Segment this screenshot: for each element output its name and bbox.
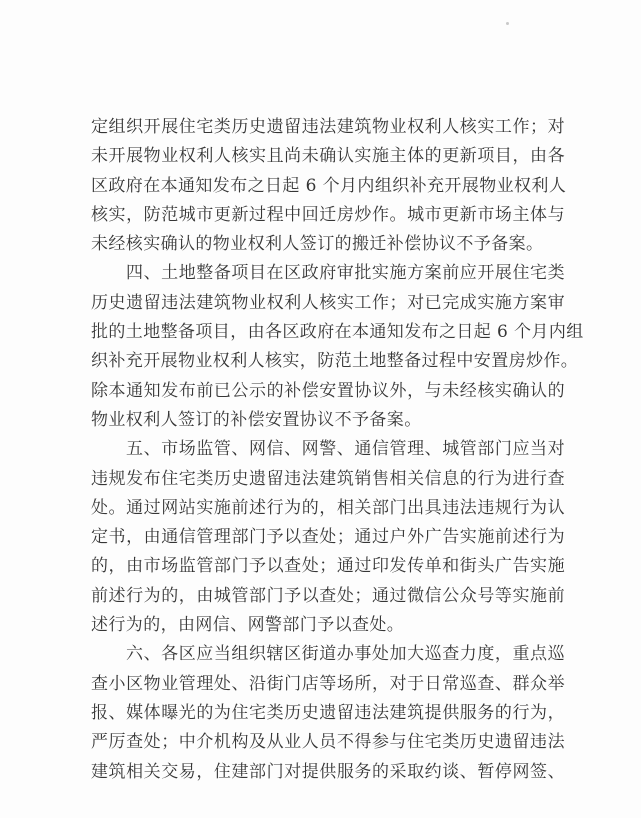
- text-line: 前述行为的，由城管部门予以查处；通过微信公众号等实施前: [91, 582, 565, 611]
- text-line: 的，由市场监管部门予以查处；通过印发传单和街头广告实施: [91, 552, 565, 581]
- text-line: 未开展物业权利人核实且尚未确认实施主体的更新项目，由各: [91, 142, 565, 171]
- text-line: 查小区物业管理处、沿街门店等场所，对于日常巡查、群众举: [91, 670, 565, 699]
- text-line: 区政府在本通知发布之日起 6 个月内组织补充开展物业权利人: [91, 172, 565, 201]
- text-line: 建筑相关交易，住建部门对提供服务的采取约谈、暂停网签、: [91, 758, 565, 787]
- text-line: 处。通过网站实施前述行为的，相关部门出具违法违规行为认: [91, 494, 565, 523]
- text-line: 织补充开展物业权利人核实，防范土地整备过程中安置房炒作。: [91, 347, 565, 376]
- paragraph-6-heading-line: 六、各区应当组织辖区街道办事处加大巡查力度，重点巡: [91, 640, 565, 669]
- text-line: 定书，由通信管理部门予以查处；通过户外广告实施前述行为: [91, 523, 565, 552]
- paragraph-4-heading-line: 四、土地整备项目在区政府审批实施方案前应开展住宅类: [91, 259, 565, 288]
- text-line: 定组织开展住宅类历史遗留违法建筑物业权利人核实工作；对: [91, 113, 565, 142]
- text-line: 核实，防范城市更新过程中回迁房炒作。城市更新市场主体与: [91, 201, 565, 230]
- document-body: 定组织开展住宅类历史遗留违法建筑物业权利人核实工作；对 未开展物业权利人核实且尚…: [91, 113, 565, 787]
- text-line: 违规发布住宅类历史遗留违法建筑销售相关信息的行为进行查: [91, 465, 565, 494]
- text-line: 物业权利人签订的补偿安置协议不予备案。: [91, 406, 565, 435]
- text-line: 述行为的，由网信、网警部门予以查处。: [91, 611, 565, 640]
- text-line: 报、媒体曝光的为住宅类历史遗留违法建筑提供服务的行为，: [91, 699, 565, 728]
- text-line: 除本通知发布前已公示的补偿安置协议外，与未经核实确认的: [91, 377, 565, 406]
- paragraph-5-heading-line: 五、市场监管、网信、网警、通信管理、城管部门应当对: [91, 435, 565, 464]
- text-line: 严厉查处；中介机构及从业人员不得参与住宅类历史遗留违法: [91, 728, 565, 757]
- scan-speck: [506, 22, 509, 25]
- text-line: 历史遗留违法建筑物业权利人核实工作；对已完成实施方案审: [91, 289, 565, 318]
- text-line: 未经核实确认的物业权利人签订的搬迁补偿协议不予备案。: [91, 230, 565, 259]
- scanned-document-page: 定组织开展住宅类历史遗留违法建筑物业权利人核实工作；对 未开展物业权利人核实且尚…: [0, 0, 641, 818]
- text-line: 批的土地整备项目，由各区政府在本通知发布之日起 6 个月内组: [91, 318, 565, 347]
